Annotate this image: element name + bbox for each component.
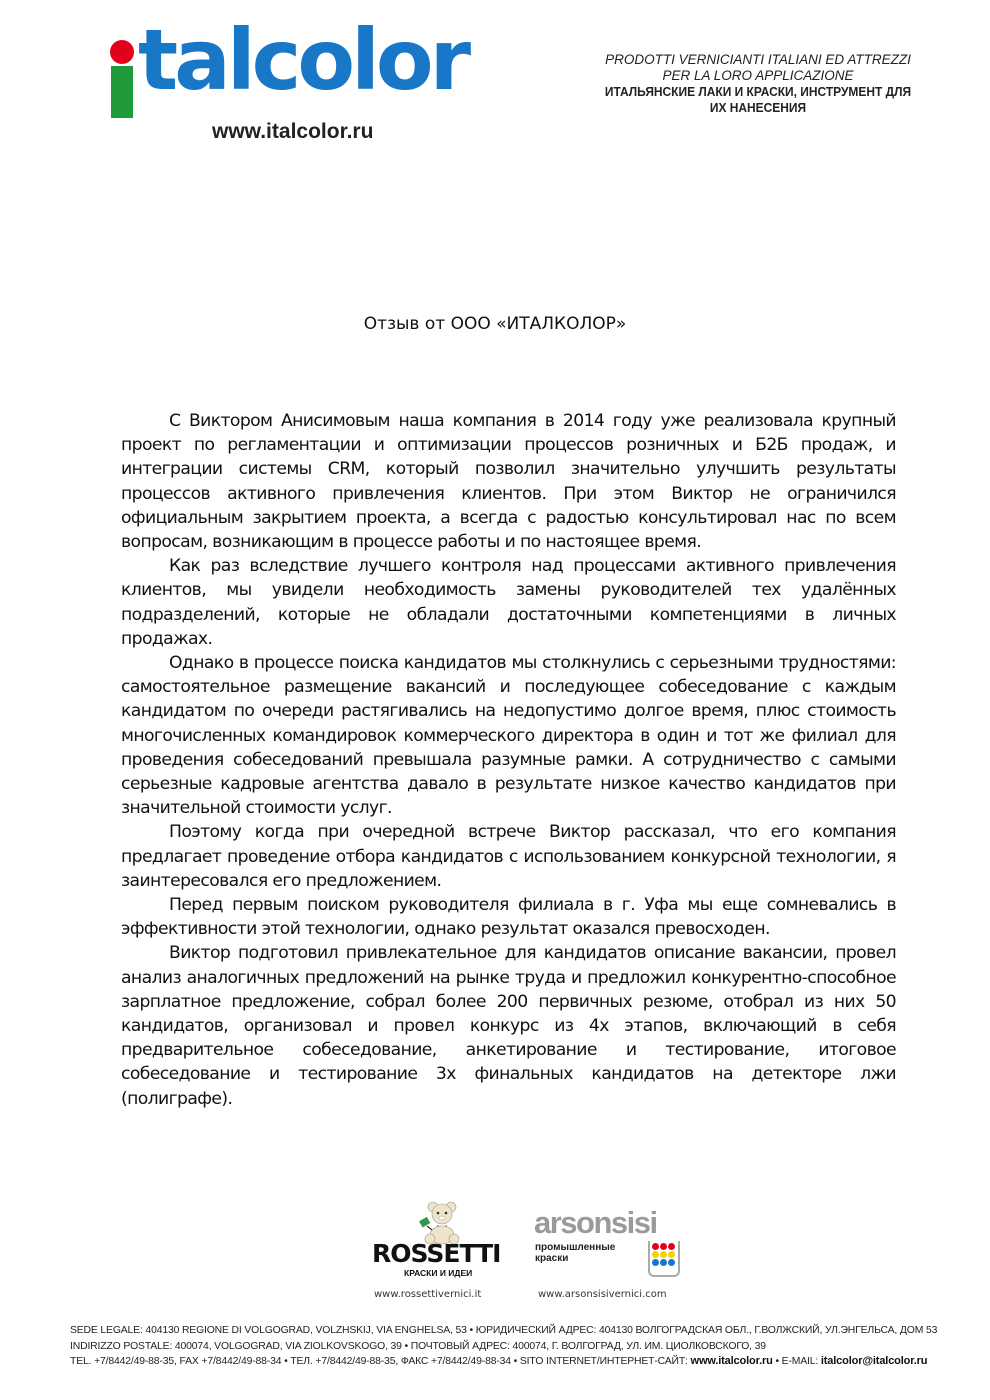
footer-legal-address: SEDE LEGALE: 404130 REGIONE DI VOLGOGRAD… xyxy=(70,1323,970,1339)
logo-red-dot xyxy=(110,40,134,64)
paint-can-icon xyxy=(648,1241,680,1277)
footer-email-link[interactable]: italcolor@italcolor.ru xyxy=(821,1355,927,1367)
logo-green-stem xyxy=(111,66,133,118)
rossetti-website: www.rossettivernici.it xyxy=(374,1289,481,1300)
paragraph: Перед первым поиском руководителя филиал… xyxy=(121,893,896,941)
document-body: С Виктором Анисимовым наша компания в 20… xyxy=(121,409,896,1111)
footer-email-label: • E-MAIL: xyxy=(773,1356,821,1367)
italcolor-logo: talcolor www.italcolor.ru xyxy=(100,36,500,146)
tagline-russian-1: ИТАЛЬЯНСКИЕ ЛАКИ И КРАСКИ, ИНСТРУМЕНТ ДЛ… xyxy=(592,84,923,100)
rossetti-logo: ROSSETTI КРАСКИ И ИДЕИ xyxy=(368,1195,498,1275)
color-dots-icon xyxy=(652,1243,675,1266)
footer-contacts: SEDE LEGALE: 404130 REGIONE DI VOLGOGRAD… xyxy=(70,1323,970,1370)
paragraph: С Виктором Анисимовым наша компания в 20… xyxy=(121,409,896,554)
rossetti-subtitle: КРАСКИ И ИДЕИ xyxy=(404,1268,472,1278)
paragraph: Однако в процессе поиска кандидатов мы с… xyxy=(121,651,896,820)
footer-phones: TEL. +7/8442/49-88-35, FAX +7/8442/49-88… xyxy=(70,1356,691,1367)
arsonsisi-website: www.arsonsisivernici.com xyxy=(538,1289,667,1300)
arsonsisi-wordmark: arsonsisi xyxy=(534,1205,657,1241)
footer-phone-line: TEL. +7/8442/49-88-35, FAX +7/8442/49-88… xyxy=(70,1354,970,1370)
partner-logos: ROSSETTI КРАСКИ И ИДЕИ www.rossettiverni… xyxy=(360,1195,690,1305)
tagline-italian-2: PER LA LORO APPLICAZIONE xyxy=(578,68,938,84)
arsonsisi-subtitle-1: промышленные xyxy=(535,1242,615,1253)
paragraph: Виктор подготовил привлекательное для ка… xyxy=(121,941,896,1110)
rossetti-wordmark: ROSSETTI xyxy=(372,1239,500,1268)
tagline-italian-1: PRODOTTI VERNICIANTI ITALIANI ED ATTREZZ… xyxy=(578,52,938,68)
header-tagline: PRODOTTI VERNICIANTI ITALIANI ED ATTREZZ… xyxy=(578,52,938,116)
arsonsisi-subtitle: промышленные краски xyxy=(535,1242,615,1264)
footer-website-link[interactable]: www.italcolor.ru xyxy=(691,1355,773,1367)
paragraph: Как раз вследствие лучшего контроля над … xyxy=(121,554,896,651)
tagline-russian-2: ИХ НАНЕСЕНИЯ xyxy=(592,100,923,116)
footer-postal-address: INDIRIZZO POSTALE: 400074, VOLGOGRAD, VI… xyxy=(70,1339,970,1355)
logo-website: www.italcolor.ru xyxy=(212,120,373,144)
paragraph: Поэтому когда при очередной встрече Викт… xyxy=(121,820,896,893)
document-title: Отзыв от ООО «ИТАЛКОЛОР» xyxy=(0,314,990,334)
arsonsisi-subtitle-2: краски xyxy=(535,1253,615,1264)
arsonsisi-logo: arsonsisi промышленные краски xyxy=(534,1211,684,1281)
logo-wordmark: talcolor xyxy=(138,18,467,102)
